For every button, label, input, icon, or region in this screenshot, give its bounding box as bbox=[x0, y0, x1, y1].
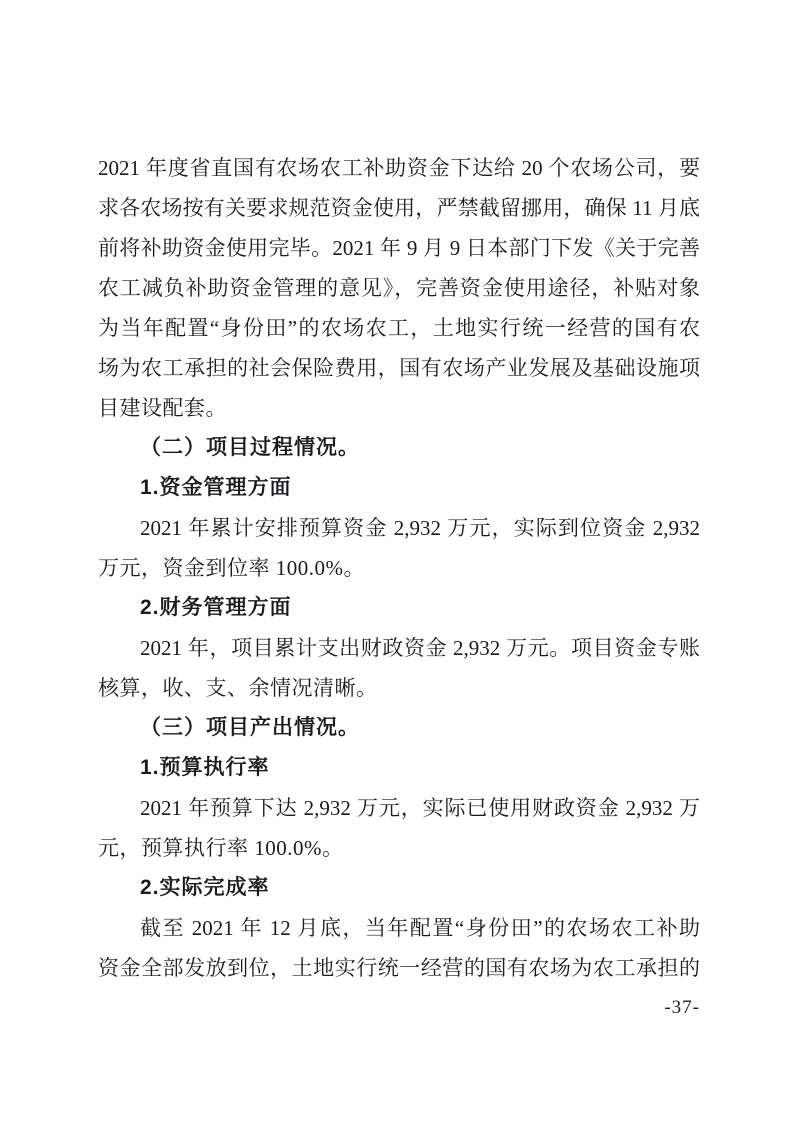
text-line: 农工减负补助资金管理的意见》，完善资金使用途径，补贴对象 bbox=[98, 268, 700, 308]
text-line: 场为农工承担的社会保险费用，国有农场产业发展及基础设施项 bbox=[98, 348, 700, 388]
text-line: 2021 年度省直国有农场农工补助资金下达给 20 个农场公司，要 bbox=[98, 148, 700, 188]
text-line: 为当年配置“身份田”的农场农工，土地实行统一经营的国有农 bbox=[98, 308, 700, 348]
document-body: 2021 年度省直国有农场农工补助资金下达给 20 个农场公司，要求各农场按有关… bbox=[98, 148, 700, 988]
text-line: 前将补助资金使用完毕。2021 年 9 月 9 日本部门下发《关于完善 bbox=[98, 228, 700, 268]
text-line: 2021 年累计安排预算资金 2,932 万元，实际到位资金 2,932 bbox=[98, 508, 700, 548]
text-line: 2021 年，项目累计支出财政资金 2,932 万元。项目资金专账 bbox=[98, 628, 700, 668]
heading-line: （二）项目过程情况。 bbox=[98, 428, 700, 468]
text-line: 元，预算执行率 100.0%。 bbox=[98, 828, 700, 868]
text-line: 万元，资金到位率 100.0%。 bbox=[98, 548, 700, 588]
document-page: 2021 年度省直国有农场农工补助资金下达给 20 个农场公司，要求各农场按有关… bbox=[0, 0, 794, 1123]
heading-line: （三）项目产出情况。 bbox=[98, 708, 700, 748]
text-line: 核算，收、支、余情况清晰。 bbox=[98, 668, 700, 708]
text-line: 求各农场按有关要求规范资金使用，严禁截留挪用，确保 11 月底 bbox=[98, 188, 700, 228]
text-line: 2021 年预算下达 2,932 万元，实际已使用财政资金 2,932 万 bbox=[98, 788, 700, 828]
heading-line: 1.预算执行率 bbox=[98, 748, 700, 788]
heading-line: 2.财务管理方面 bbox=[98, 588, 700, 628]
heading-line: 1.资金管理方面 bbox=[98, 468, 700, 508]
text-line: 截至 2021 年 12 月底，当年配置“身份田”的农场农工补助 bbox=[98, 908, 700, 948]
text-line: 目建设配套。 bbox=[98, 388, 700, 428]
text-line: 资金全部发放到位，土地实行统一经营的国有农场为农工承担的 bbox=[98, 948, 700, 988]
heading-line: 2.实际完成率 bbox=[98, 868, 700, 908]
page-number: -37- bbox=[664, 995, 700, 1021]
